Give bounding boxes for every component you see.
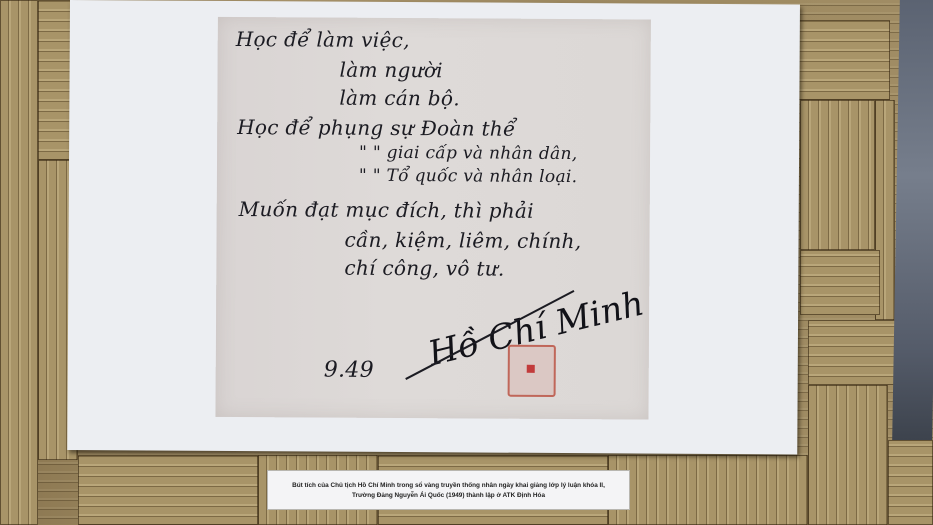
caption-line-1: Bút tích của Chủ tịch Hồ Chí Minh trong … xyxy=(268,482,629,489)
letter-line: Học để phụng sự Đoàn thể xyxy=(237,115,516,141)
exhibit-caption: Bút tích của Chủ tịch Hồ Chí Minh trong … xyxy=(267,470,630,510)
handwritten-letter: Học để làm việc, làm người làm cán bộ. H… xyxy=(215,17,650,420)
letter-line: Học để làm việc, xyxy=(236,27,410,52)
letter-line: cần, kiệm, liêm, chính, xyxy=(344,228,581,253)
letter-line: Muốn đạt mục đích, thì phải xyxy=(239,197,534,223)
letter-line: " " giai cấp và nhân dân, xyxy=(359,143,577,164)
letter-line: " " Tổ quốc và nhân loại. xyxy=(359,166,578,187)
letter-line: làm cán bộ. xyxy=(339,86,460,111)
red-seal-stamp xyxy=(508,345,556,397)
letter-line: làm người xyxy=(340,58,444,83)
caption-line-2: Trường Đảng Nguyễn Ái Quốc (1949) thành … xyxy=(268,492,629,499)
letter-line: chí công, vô tư. xyxy=(344,256,504,281)
exhibit-board: Học để làm việc, làm người làm cán bộ. H… xyxy=(67,0,800,454)
letter-date: 9.49 xyxy=(324,358,374,383)
adjacent-photo-edge xyxy=(892,0,933,440)
